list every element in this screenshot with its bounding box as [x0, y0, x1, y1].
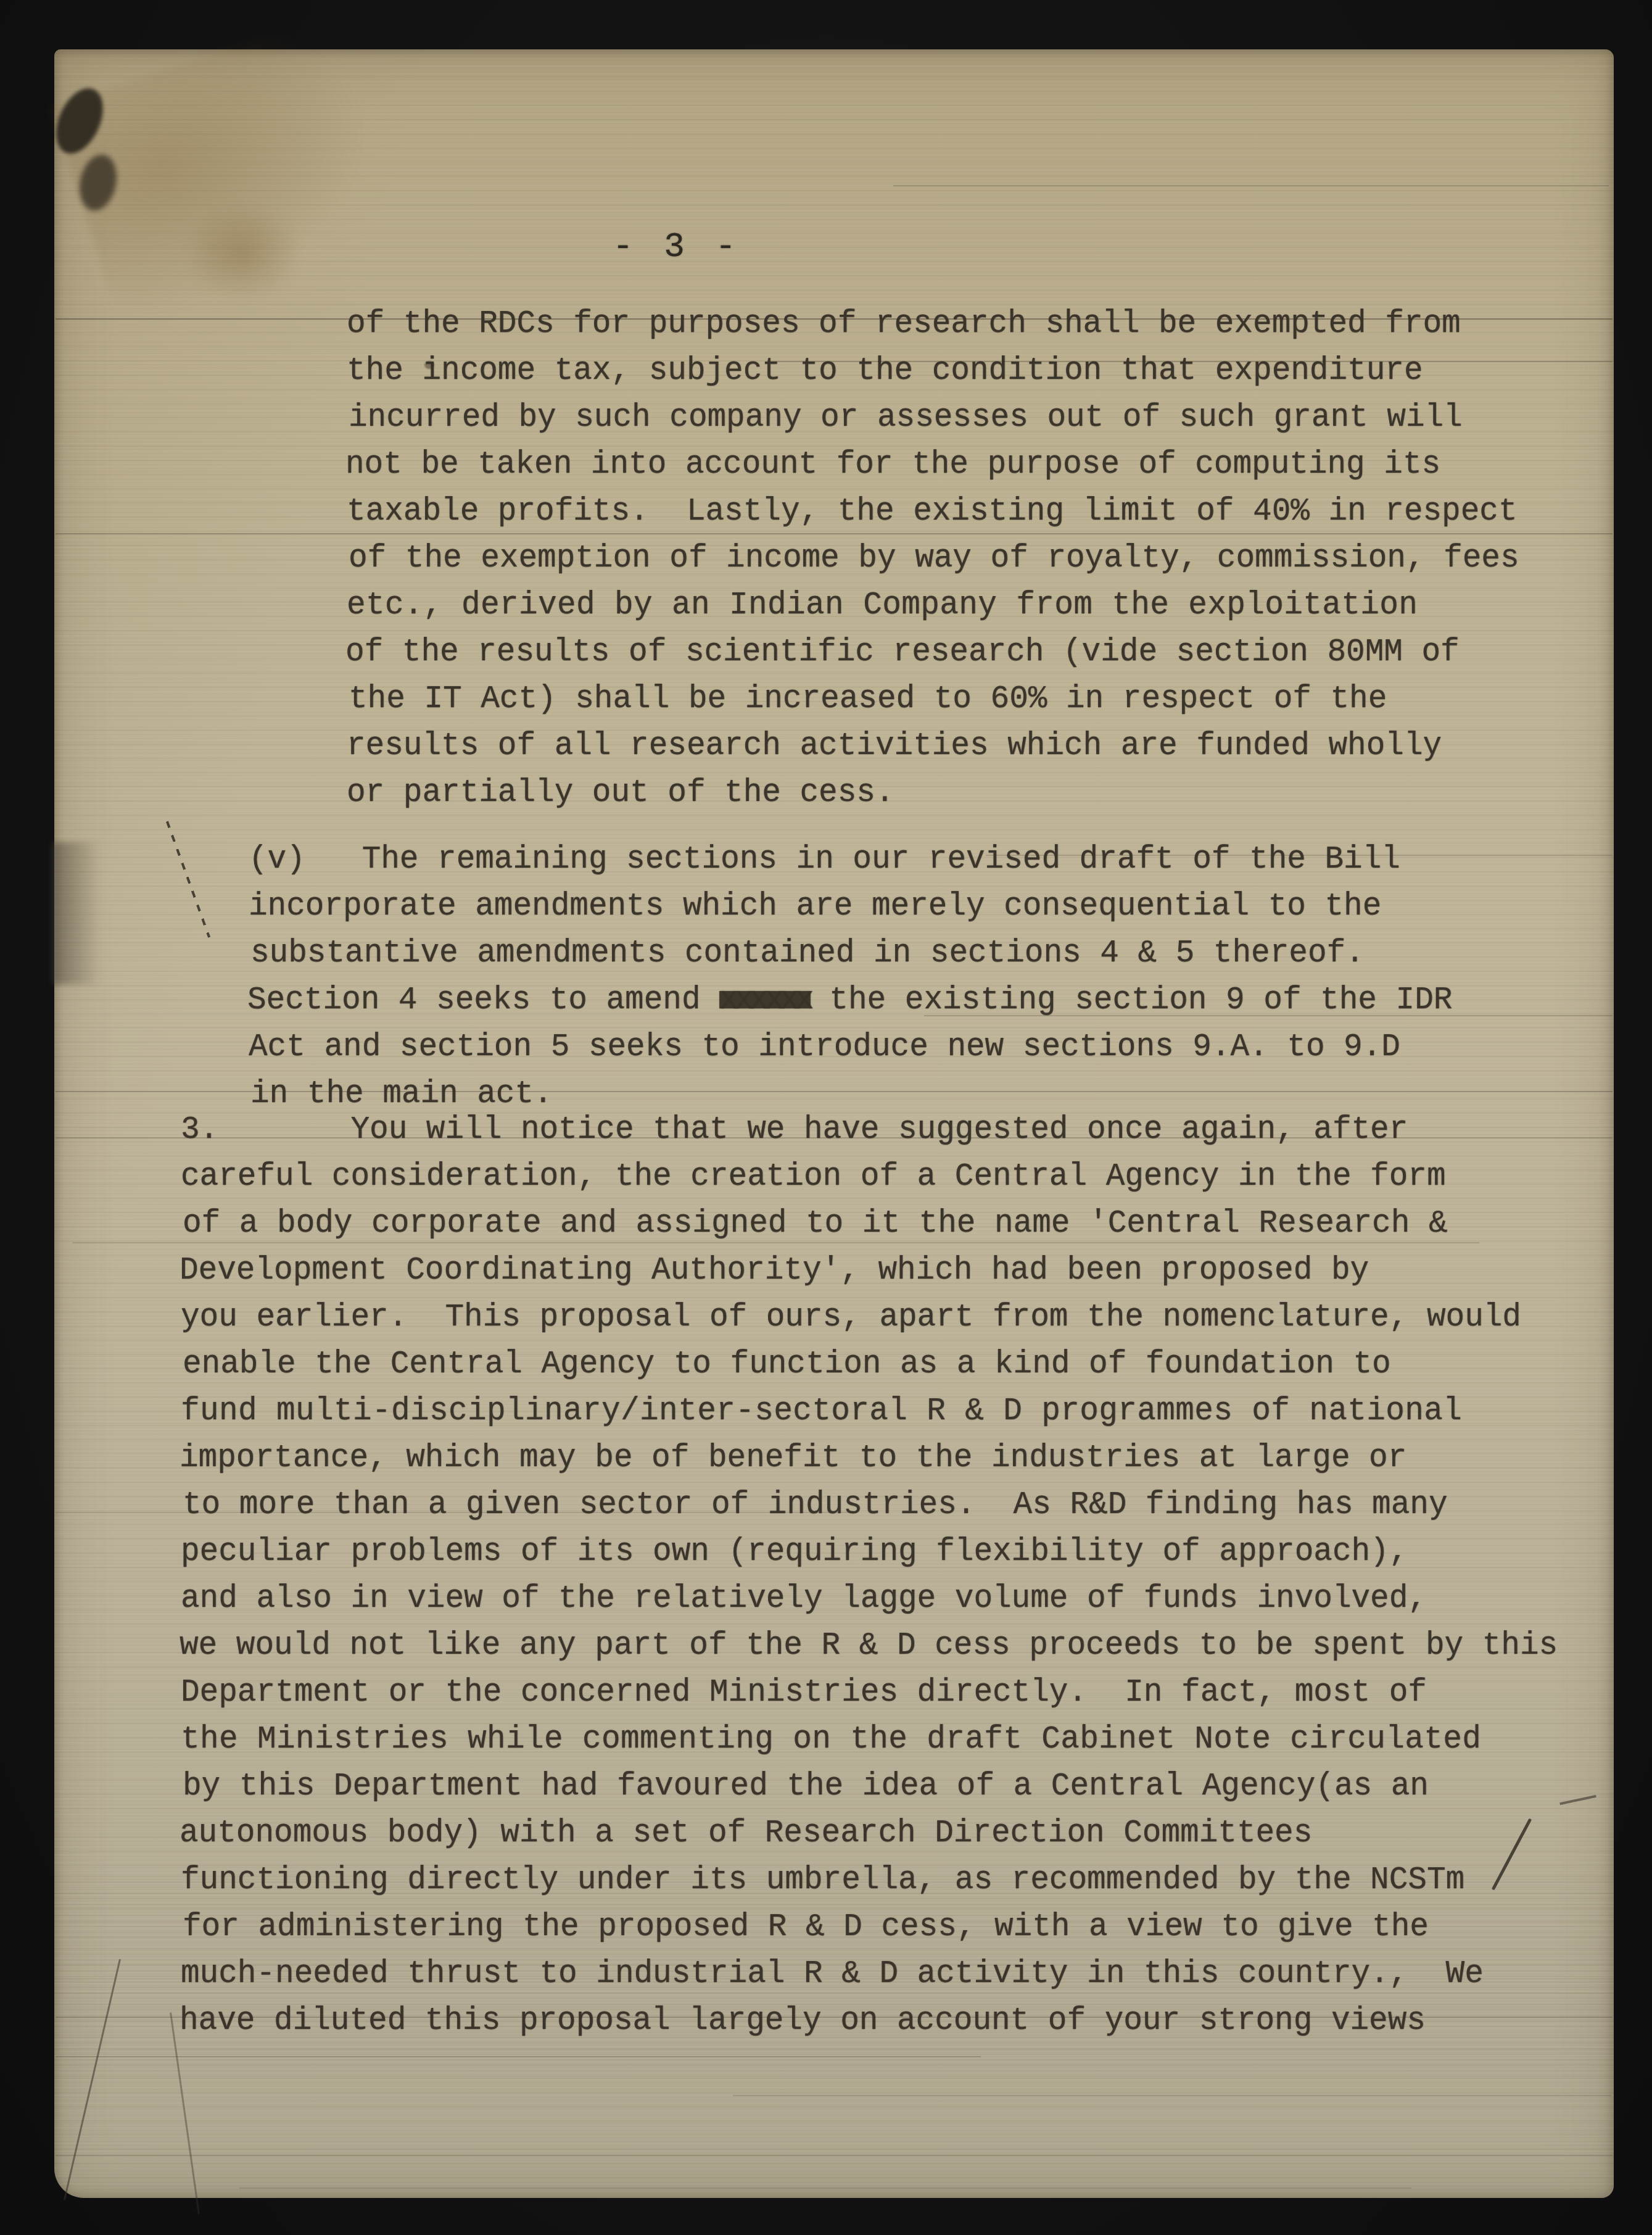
torn-spot	[47, 81, 112, 160]
text-line: functioning directly under its umbrella,…	[181, 1857, 1558, 1904]
text-line: fund multi-disciplinary/inter-sectoral R…	[181, 1388, 1558, 1435]
text-line: autonomous body) with a set of Research …	[180, 1810, 1558, 1857]
text-line: have diluted this proposal largely on ac…	[180, 1998, 1558, 2045]
text-line: Development Coordinating Authority', whi…	[180, 1248, 1558, 1295]
text-line: Act and section 5 seeks to introduce new…	[249, 1024, 1452, 1071]
stain-top-left-smudge	[50, 15, 404, 330]
text-line: careful consideration, the creation of a…	[181, 1154, 1558, 1201]
scanned-document-page: - 3 - of the RDCs for purposes of resear…	[0, 0, 1652, 2235]
paragraph-v: (v) The remaining sections in our revise…	[249, 837, 1452, 1118]
struck-out-word: xxxxxx	[719, 983, 811, 1018]
text-line: not be taken into account for the purpos…	[345, 442, 1519, 489]
fold-line	[239, 2187, 1411, 2189]
left-edge-smudge	[52, 842, 100, 984]
text-line: of the results of scientific research (v…	[345, 629, 1519, 676]
fold-line	[733, 2095, 1611, 2096]
text-line: you earlier. This proposal of ours, apar…	[181, 1295, 1558, 1341]
text-line: for administering the proposed R & D ces…	[183, 1904, 1558, 1951]
text-line: importance, which may be of benefit to t…	[180, 1435, 1558, 1482]
brown-stain	[184, 204, 301, 302]
text-line: Section 4 seeks to amend xxxxxx the exis…	[247, 977, 1452, 1024]
text-line: the Ministries while commenting on the d…	[181, 1717, 1558, 1764]
text-line: enable the Central Agency to function as…	[183, 1341, 1558, 1388]
text-line: the IT Act) shall be increased to 60% in…	[349, 676, 1519, 723]
text-line: to more than a given sector of industrie…	[183, 1482, 1558, 1529]
text-line: by this Department had favoured the idea…	[183, 1764, 1558, 1810]
fold-line	[893, 185, 1609, 186]
text-line: of a body corporate and assigned to it t…	[183, 1201, 1558, 1248]
text-line: incorporate amendments which are merely …	[249, 884, 1452, 931]
text-segment: Section 4 seeks to amend	[247, 983, 719, 1018]
paper-sheet: - 3 - of the RDCs for purposes of resear…	[54, 49, 1614, 2198]
text-line: and also in view of the relatively lagge…	[181, 1576, 1558, 1623]
text-line: of the exemption of income by way of roy…	[349, 536, 1519, 583]
text-line: 3. You will notice that we have suggeste…	[181, 1107, 1558, 1154]
text-line: Department or the concerned Ministries d…	[181, 1670, 1558, 1717]
text-line: etc., derived by an Indian Company from …	[347, 583, 1519, 629]
fold-line	[56, 2155, 1613, 2156]
text-line: much-needed thrust to industrial R & D a…	[181, 1951, 1558, 1998]
torn-spot	[75, 151, 122, 214]
pen-scratch-right-small	[1559, 1795, 1596, 1805]
text-line: taxable profits. Lastly, the existing li…	[347, 489, 1519, 536]
page-number: - 3 -	[613, 227, 741, 267]
text-line: of the RDCs for purposes of research sha…	[347, 301, 1519, 348]
dotted-scratch	[166, 821, 210, 937]
text-line: incurred by such company or assesses out…	[349, 395, 1519, 442]
paragraph-iv-continuation: of the RDCs for purposes of research sha…	[347, 301, 1519, 817]
text-line: peculiar problems of its own (requiring …	[181, 1529, 1558, 1576]
text-line: (v) The remaining sections in our revise…	[249, 837, 1452, 884]
text-line: or partially out of the cess.	[347, 770, 1519, 817]
text-line: we would not like any part of the R & D …	[180, 1623, 1558, 1670]
text-line: results of all research activities which…	[347, 723, 1519, 770]
text-line: the income tax, subject to the condition…	[347, 348, 1519, 395]
text-segment: the existing section 9 of the IDR	[811, 983, 1453, 1018]
paragraph-3: 3. You will notice that we have suggeste…	[181, 1107, 1558, 2045]
text-line: substantive amendments contained in sect…	[250, 931, 1452, 977]
